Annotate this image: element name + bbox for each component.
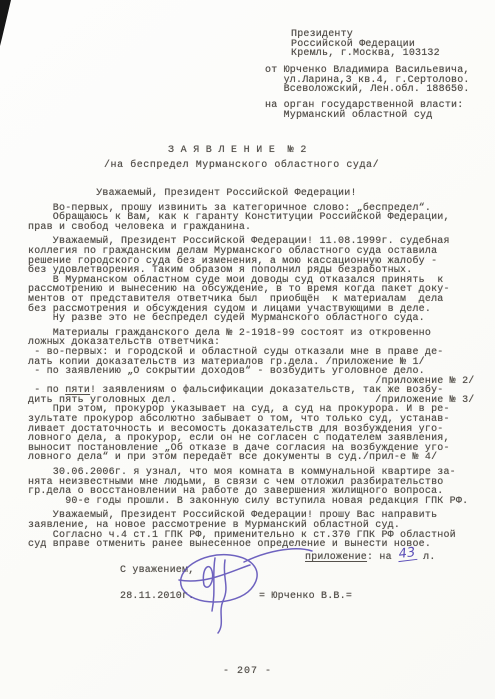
text-line: прав и свобод человека и гражданина. — [28, 223, 483, 233]
text-line: Кремль, г.Москва, 103132 — [291, 49, 440, 59]
text-line: ловного дела“ и при этом передаёт все до… — [28, 453, 483, 463]
text-line: Всеволожский, Лен.обл. 188650. — [265, 85, 470, 95]
letter-body: Уважаемый, Президент Российской Федераци… — [28, 189, 483, 550]
text-line: 90-е годы прошли. В законную силу вступи… — [28, 497, 483, 507]
attachment-infix: : на — [367, 552, 398, 563]
text-line: Мурманский областной суд — [265, 111, 463, 121]
document-title: З А Я В Л Е Н И Е № 2 — [168, 145, 307, 156]
scanned-letter-page: ПрезидентуРоссийской ФедерацииКремль, г.… — [0, 0, 495, 699]
handwritten-page-count: 43 — [397, 548, 417, 562]
page-number: - 207 - — [0, 666, 495, 677]
text-line: Уважаемый, Президент Российской Федераци… — [28, 189, 483, 199]
scan-corner-artifact — [0, 0, 14, 48]
sender-address-block: от Юрченко Владимира Васильевича, ул.Лар… — [265, 66, 470, 95]
document-subtitle: /на беспредел Мурманского областного суд… — [104, 160, 379, 171]
attachment-note: приложение: на 43 л. — [305, 551, 436, 563]
authority-block: на орган государственной власти: Мурманс… — [265, 101, 463, 120]
recipient-address-block: ПрезидентуРоссийской ФедерацииКремль, г.… — [291, 30, 440, 59]
text-line: Ну разве это не беспредел судей Мурманск… — [28, 314, 483, 324]
handwritten-signature-ink — [146, 538, 316, 643]
attachment-suffix: л. — [417, 552, 436, 563]
